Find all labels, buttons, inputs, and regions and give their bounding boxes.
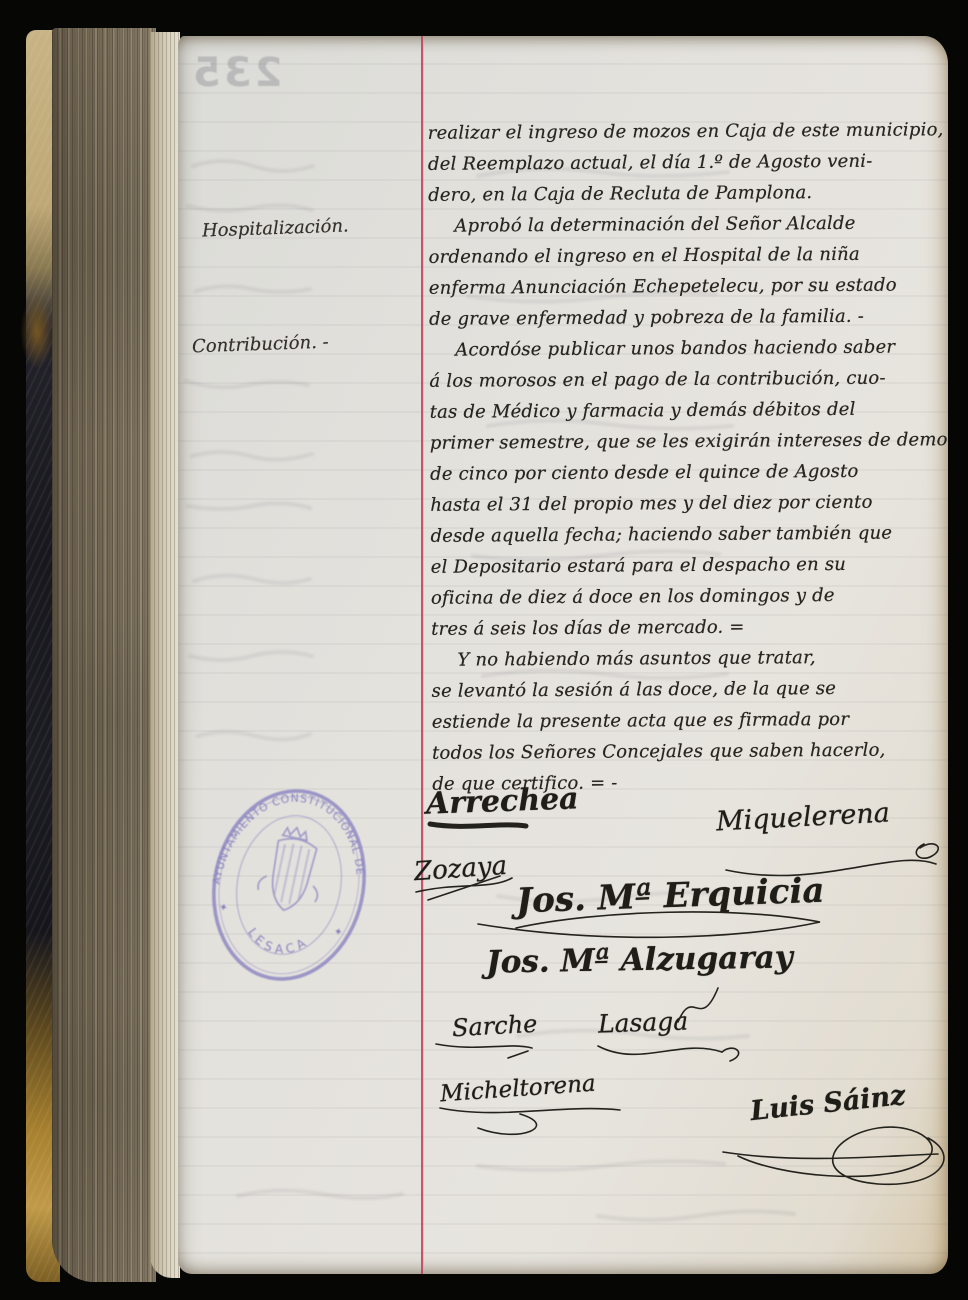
cover-stain [20, 295, 54, 369]
photographed-minute-book-page: 235 Hospitalización. Contribución. - rea… [0, 0, 968, 1300]
manuscript-page: 235 Hospitalización. Contribución. - rea… [178, 36, 948, 1274]
signature-rubric-flourishes [178, 36, 948, 1274]
book-page-edges [52, 28, 156, 1282]
page-edge-stack-highlight [150, 32, 180, 1278]
